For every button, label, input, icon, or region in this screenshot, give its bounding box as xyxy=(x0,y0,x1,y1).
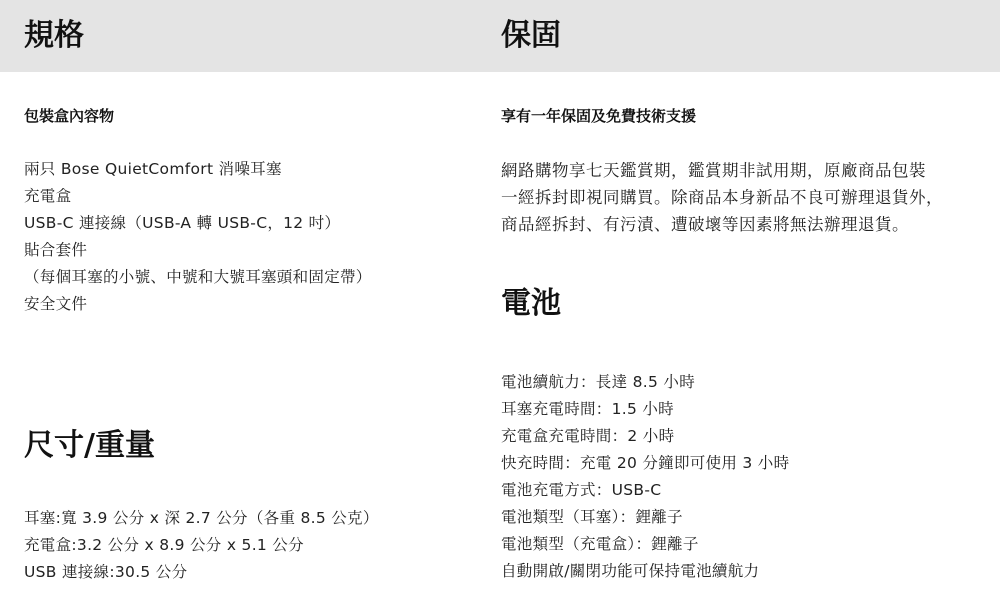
list-item: 自動開啟/關閉功能可保持電池續航力 xyxy=(501,558,789,585)
dimensions-list: 耳塞:寬 3.9 公分 x 深 2.7 公分（各重 8.5 公克） 充電盒:3.… xyxy=(24,505,379,586)
list-item: 耳塞:寬 3.9 公分 x 深 2.7 公分（各重 8.5 公克） xyxy=(24,505,379,532)
dimensions-title: 尺寸/重量 xyxy=(24,428,155,464)
list-item: 兩只 Bose QuietComfort 消噪耳塞 xyxy=(24,156,372,183)
box-contents-list: 兩只 Bose QuietComfort 消噪耳塞 充電盒 USB-C 連接線（… xyxy=(24,156,372,318)
list-item: USB 連接線:30.5 公分 xyxy=(24,559,379,586)
list-item: USB-C 連接線（USB-A 轉 USB-C，12 吋） xyxy=(24,210,372,237)
list-item: 安全文件 xyxy=(24,291,372,318)
list-item: 電池充電方式：USB-C xyxy=(501,477,789,504)
list-item: 電池續航力：長達 8.5 小時 xyxy=(501,369,789,396)
specs-title: 規格 xyxy=(24,18,84,54)
list-item: 充電盒:3.2 公分 x 8.9 公分 x 5.1 公分 xyxy=(24,532,379,559)
list-item: 電池類型（耳塞）：鋰離子 xyxy=(501,504,789,531)
list-item: 快充時間：充電 20 分鐘即可使用 3 小時 xyxy=(501,450,789,477)
warranty-heading: 享有一年保固及免費技術支援 xyxy=(501,106,696,126)
warranty-line: 一經拆封即視同購買。除商品本身新品不良可辦理退貨外， xyxy=(501,184,981,211)
spec-page: 規格 包裝盒內容物 兩只 Bose QuietComfort 消噪耳塞 充電盒 … xyxy=(0,0,1000,615)
warranty-title: 保固 xyxy=(501,18,561,54)
box-contents-heading: 包裝盒內容物 xyxy=(24,106,114,126)
list-item: 充電盒充電時間：2 小時 xyxy=(501,423,789,450)
header-band xyxy=(0,0,1000,72)
list-item: 電池類型（充電盒）：鋰離子 xyxy=(501,531,789,558)
list-item: 耳塞充電時間：1.5 小時 xyxy=(501,396,789,423)
warranty-text: 網路購物享七天鑑賞期，鑑賞期非試用期，原廠商品包裝 一經拆封即視同購買。除商品本… xyxy=(501,157,981,238)
list-item: （每個耳塞的小號、中號和大號耳塞頭和固定帶） xyxy=(24,264,372,291)
warranty-line: 網路購物享七天鑑賞期，鑑賞期非試用期，原廠商品包裝 xyxy=(501,157,981,184)
list-item: 充電盒 xyxy=(24,183,372,210)
battery-list: 電池續航力：長達 8.5 小時 耳塞充電時間：1.5 小時 充電盒充電時間：2 … xyxy=(501,369,789,585)
warranty-line: 商品經拆封、有污漬、遭破壞等因素將無法辦理退貨。 xyxy=(501,211,981,238)
battery-title: 電池 xyxy=(501,286,561,322)
list-item: 貼合套件 xyxy=(24,237,372,264)
